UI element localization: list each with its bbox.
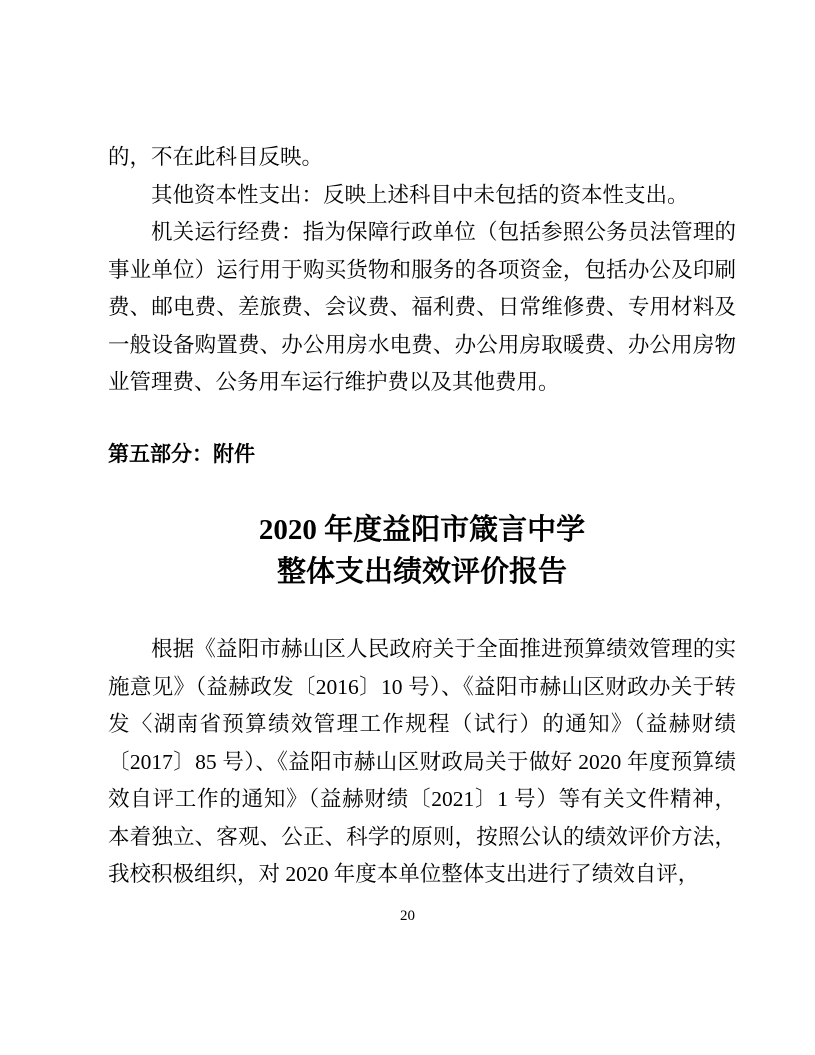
report-title-line2: 整体支出绩效评价报告 <box>108 551 736 593</box>
report-title: 2020 年度益阳市箴言中学 整体支出绩效评价报告 <box>108 509 736 593</box>
section-heading-part-five: 第五部分：附件 <box>108 436 736 474</box>
paragraph-agency-operating-funds: 机关运行经费：指为保障行政单位（包括参照公务员法管理的事业单位）运行用于购买货物… <box>108 214 736 402</box>
paragraph-other-capital-expenditure: 其他资本性支出：反映上述科目中未包括的资本性支出。 <box>108 177 736 215</box>
paragraph-continuation: 的，不在此科目反映。 <box>108 139 736 177</box>
page-number: 20 <box>0 905 815 927</box>
report-title-line1: 2020 年度益阳市箴言中学 <box>108 509 736 551</box>
paragraph-report-intro: 根据《益阳市赫山区人民政府关于全面推进预算绩效管理的实施意见》（益赫政发〔201… <box>108 631 736 894</box>
document-page: 的，不在此科目反映。 其他资本性支出：反映上述科目中未包括的资本性支出。 机关运… <box>0 0 815 1055</box>
page-content: 的，不在此科目反映。 其他资本性支出：反映上述科目中未包括的资本性支出。 机关运… <box>108 0 736 894</box>
